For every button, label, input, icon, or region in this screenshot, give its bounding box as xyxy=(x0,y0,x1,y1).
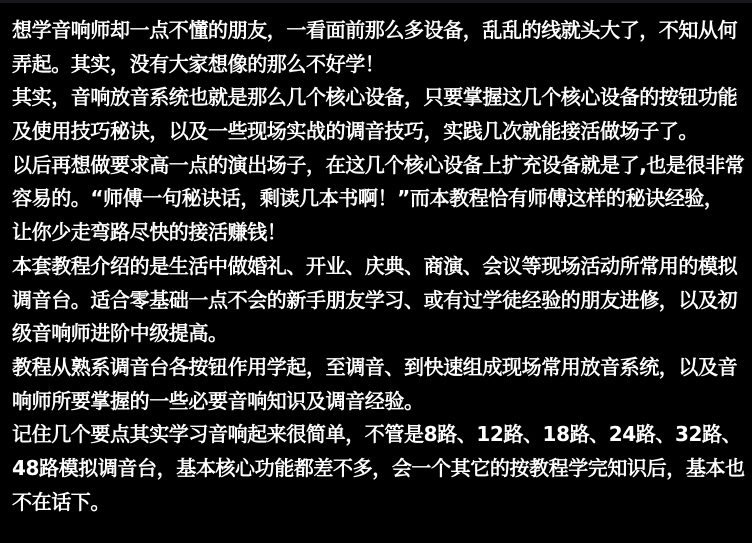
text-line-2: 弄起。其实，没有大家想像的那么不好学！ xyxy=(12,48,746,82)
description-text-block: 想学音响师却一点不懂的朋友，一看面前那么多设备，乱乱的线就头大了，不知从何 弄起… xyxy=(0,0,752,519)
text-line-3: 其实，音响放音系统也就是那么几个核心设备，只要掌握这几个核心设备的按钮功能 xyxy=(12,81,746,115)
text-line-8: 本套教程介绍的是生活中做婚礼、开业、庆典、商演、会议等现场活动所常用的模拟 xyxy=(12,250,746,284)
text-line-5: 以后再想做要求高一点的演出场子，在这几个核心设备上扩充设备就是了,也是很非常 xyxy=(12,149,746,183)
text-line-7: 让你少走弯路尽快的接活赚钱！ xyxy=(12,216,746,250)
text-line-13: 记住几个要点其实学习音响起来很简单，不管是8路、12路、18路、24路、32路、 xyxy=(12,418,746,452)
text-line-15: 不在话下。 xyxy=(12,486,746,520)
text-line-1: 想学音响师却一点不懂的朋友，一看面前那么多设备，乱乱的线就头大了，不知从何 xyxy=(12,14,746,48)
text-line-11: 教程从熟系调音台各按钮作用学起，至调音、到快速组成现场常用放音系统，以及音 xyxy=(12,351,746,385)
text-line-6: 容易的。“师傅一句秘诀话，剩读几本书啊！”而本教程恰有师傅这样的秘诀经验， xyxy=(12,182,746,216)
text-line-9: 调音台。适合零基础一点不会的新手朋友学习、或有过学徒经验的朋友进修，以及初 xyxy=(12,284,746,318)
text-line-10: 级音响师进阶中级提高。 xyxy=(12,317,746,351)
text-line-12: 响师所要掌握的一些必要音响知识及调音经验。 xyxy=(12,385,746,419)
text-line-14: 48路模拟调音台，基本核心功能都差不多，会一个其它的按教程学完知识后，基本也 xyxy=(12,452,746,486)
text-line-4: 及使用技巧秘诀，以及一些现场实战的调音技巧，实践几次就能接活做场子了。 xyxy=(12,115,746,149)
